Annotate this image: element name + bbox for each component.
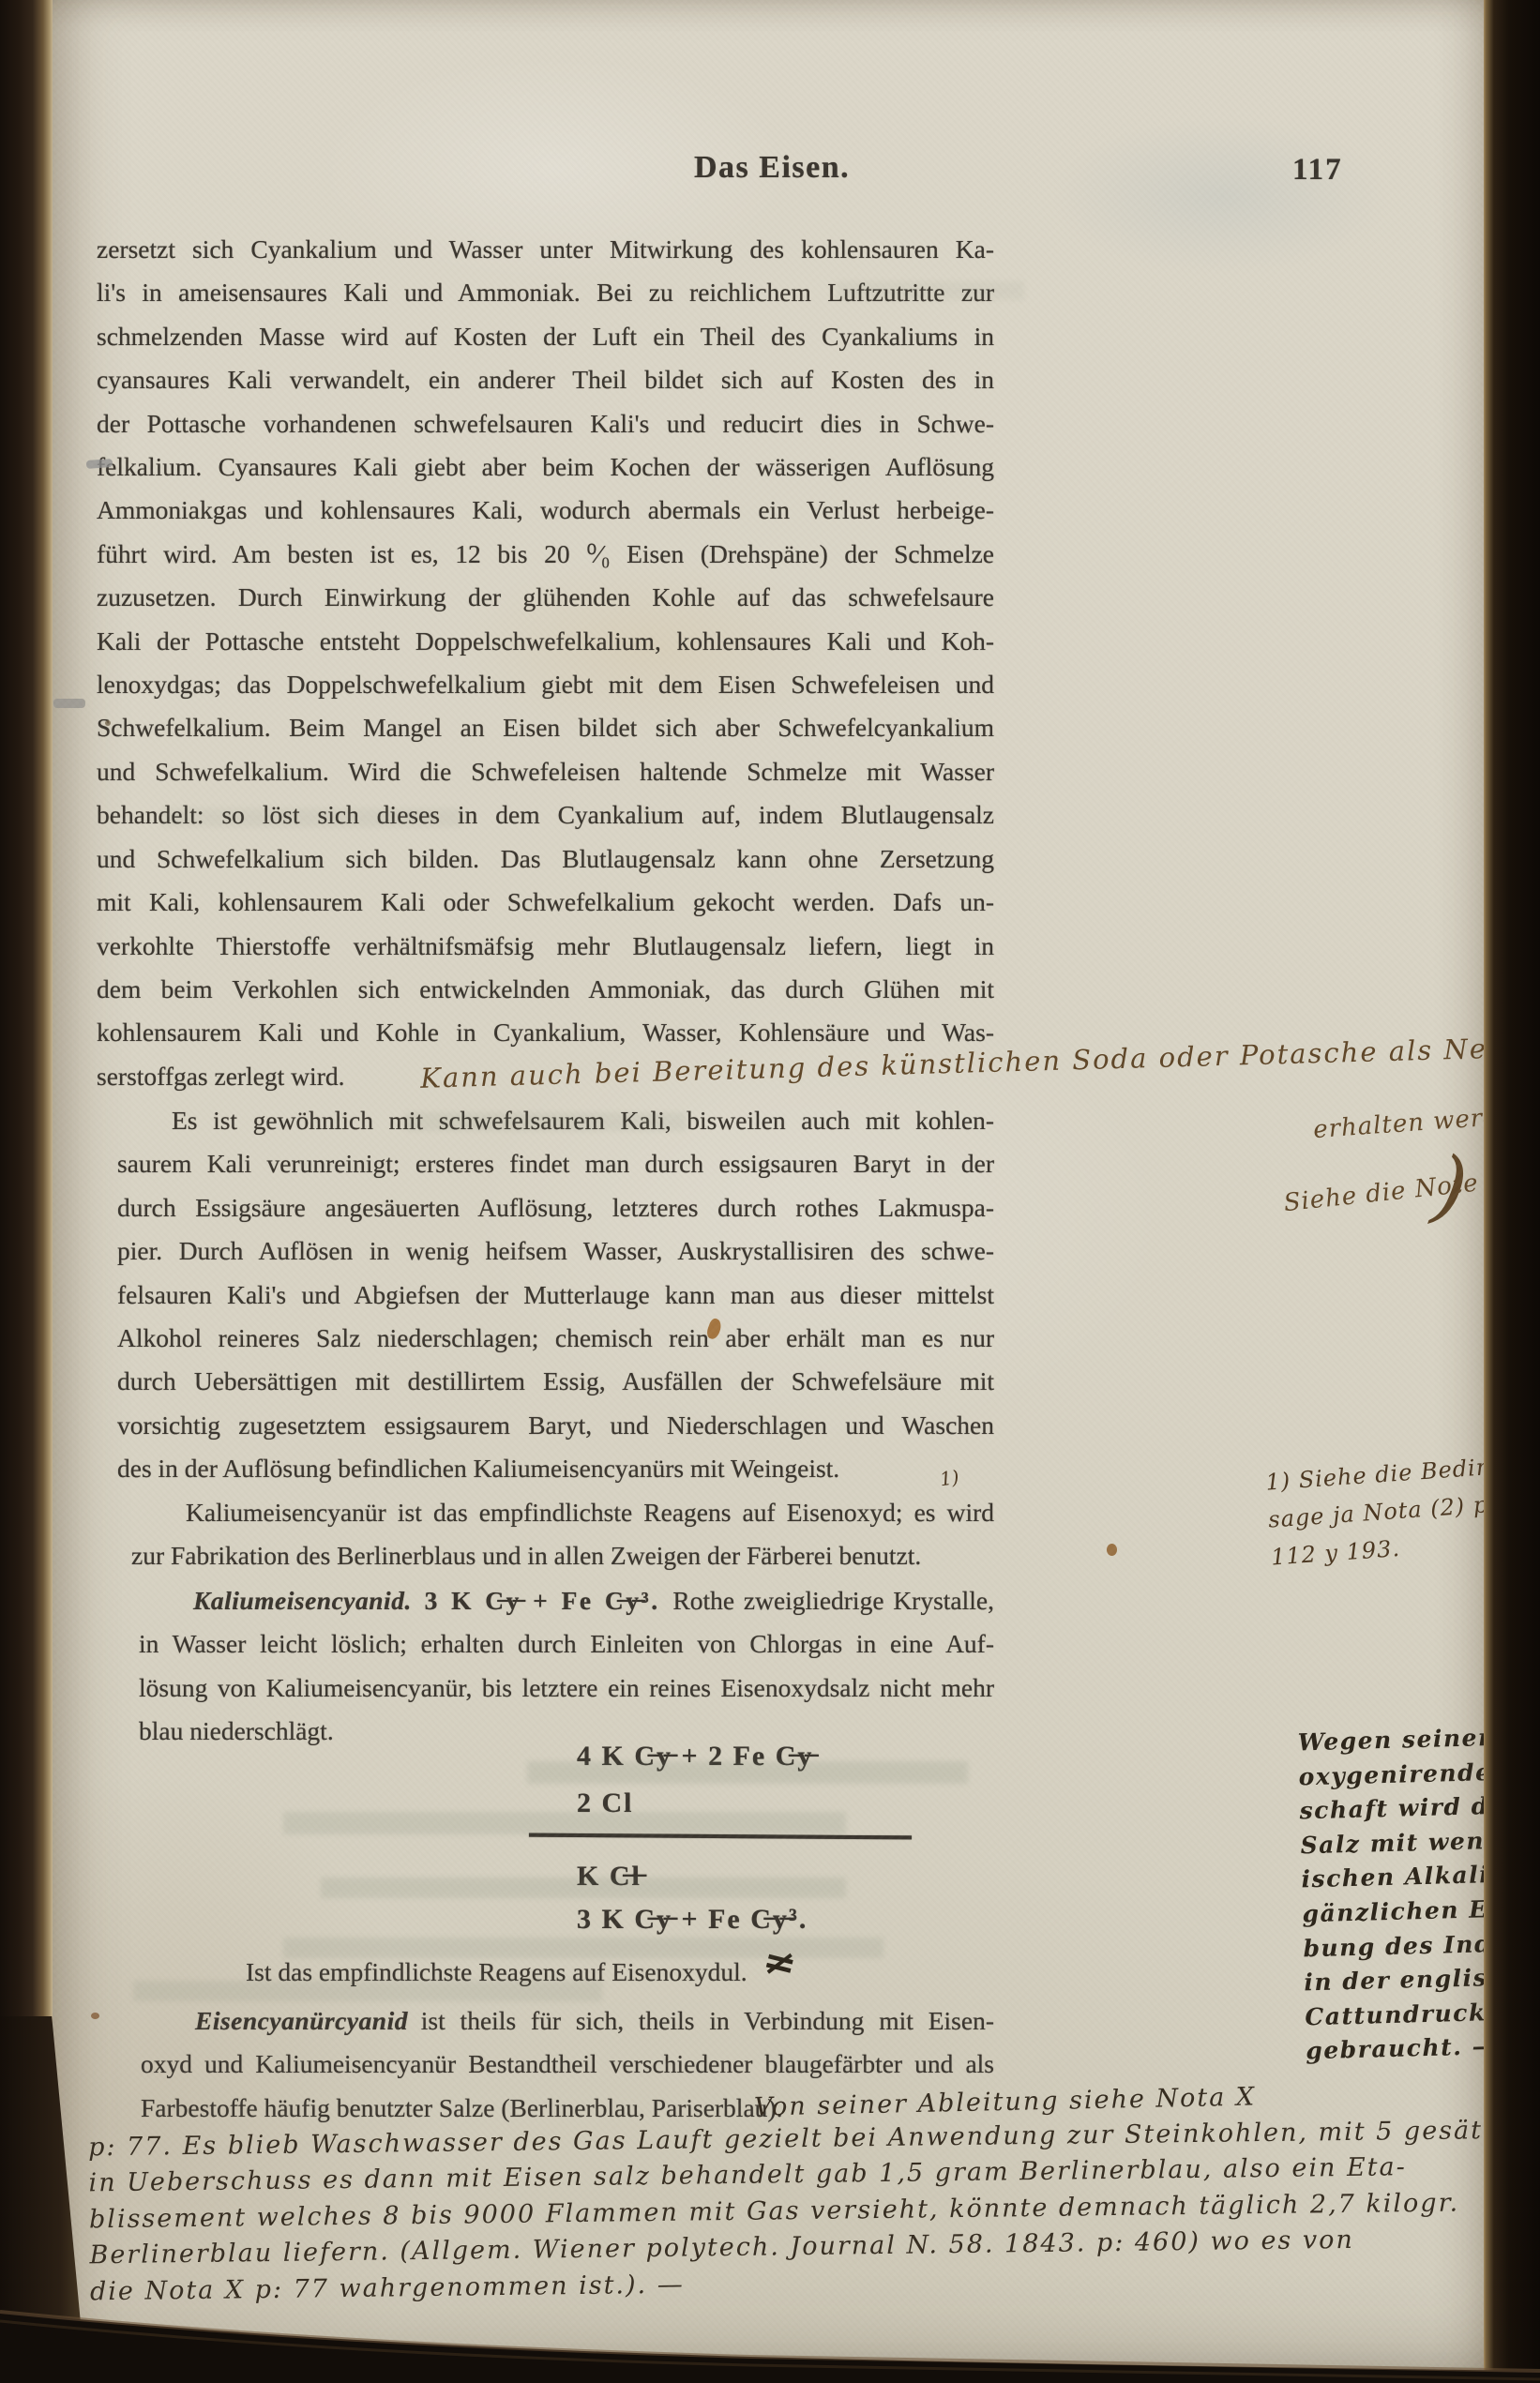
text-line: dem beim Verkohlen sich entwickelnden Am… [97, 968, 994, 1011]
text-line: durch Uebersättigen mit destillirtem Ess… [117, 1360, 994, 1403]
text-line: mit Kali, kohlensaurem Kali oder Schwefe… [97, 881, 994, 924]
text-line: lenoxydgas; das Doppelschwefelkalium gie… [97, 663, 994, 706]
paragraph-3: Kaliumeisencyanür ist das empfindlichste… [131, 1491, 994, 1578]
text-line: behandelt: so löst sich dieses in dem Cy… [97, 793, 994, 837]
text-line: führt wird. Am besten ist es, 12 bis 20 … [97, 533, 994, 576]
species-name-kaliumeisencyanid: Kaliumeisencyanid. [193, 1586, 412, 1615]
text-line: vorsichtig zugesetztem essigsaurem Baryt… [117, 1404, 994, 1447]
text-line: pier. Durch Auflösen in wenig heifsem Wa… [117, 1229, 994, 1273]
text-line: li's in ameisensaures Kali und Ammoniak.… [97, 271, 994, 314]
species-name-eisencyanuercyanid: Eisencyanürcyanid [195, 2006, 408, 2035]
chem-equation-line: 2 Cl [577, 1787, 634, 1819]
text-line: serstoffgas zerlegt wird. [97, 1055, 994, 1098]
text-line: Ammoniakgas und kohlensaures Kali, wodur… [97, 489, 994, 532]
ink-speck [1107, 1544, 1117, 1556]
chem-equation-line: 4 K C̶y̶ + 2 Fe C̶y̶ [577, 1741, 813, 1772]
handwritten-note-line: blissement welches 8 bis 9000 Flammen mi… [89, 2184, 1524, 2238]
text-line: Schwefelkalium. Beim Mangel an Eisen bil… [97, 706, 994, 749]
handwritten-paren-flourish: ) [1427, 1139, 1473, 1236]
text-line: felsauren Kali's und Abgiefsen der Mutte… [117, 1274, 994, 1317]
text-line: Kaliumeisencyanür ist das empfindlichste… [131, 1491, 994, 1534]
text-line: und Schwefelkalium sich bilden. Das Blut… [97, 837, 994, 881]
text-line: zersetzt sich Cyankalium und Wasser unte… [97, 228, 994, 271]
bottom-shadow-curve [0, 2270, 1540, 2383]
chem-formula-inline: 3 K C̶y̶ + Fe C̶y̶³. [425, 1586, 660, 1615]
text-line: zuzusetzen. Durch Einwirkung der glühend… [97, 576, 994, 619]
chem-equation-line: K C̶l̶ [577, 1861, 642, 1893]
text-line: durch Essigsäure angesäuerten Auflösung,… [117, 1186, 994, 1229]
text-line: felkalium. Cyansaures Kali giebt aber be… [97, 445, 994, 489]
text-line: in Wasser leicht löslich; erhalten durch… [139, 1622, 994, 1666]
text-line: Alkohol reineres Salz niederschlagen; ch… [117, 1317, 994, 1360]
pencil-mark [53, 699, 85, 708]
text-line: lösung von Kaliumeisencyanür, bis letzte… [139, 1667, 994, 1710]
text-line: des in der Auflösung befindlichen Kalium… [117, 1447, 994, 1490]
text-line: saurem Kali verunreinigt; ersteres finde… [117, 1142, 994, 1185]
chem-equation-line: 3 K C̶y̶ + Fe C̶y̶³. [577, 1904, 808, 1936]
equation-rule [529, 1833, 912, 1840]
text-line: Farbestoffe häufig benutzter Salze (Berl… [141, 2087, 994, 2130]
text-line: verkohlte Thierstoffe verhältnifsmäfsig … [97, 925, 994, 968]
text-line: Es ist gewöhnlich mit schwefelsaurem Kal… [117, 1099, 994, 1142]
text-line: Eisencyanürcyanid ist theils für sich, t… [141, 1999, 994, 2043]
text-line: schmelzenden Masse wird auf Kosten der L… [97, 315, 994, 358]
paragraph-2: Es ist gewöhnlich mit schwefelsaurem Kal… [117, 1099, 994, 1491]
text-line: der Pottasche vorhandenen schwefelsauren… [97, 402, 994, 445]
scanned-book-page: Das Eisen. 117 zersetzt sich Cyankalium … [0, 0, 1540, 2383]
text-line: und Schwefelkalium. Wird die Schwefeleis… [97, 750, 994, 793]
reagens-line: Ist das empfindlichste Reagens auf Eisen… [246, 1951, 996, 1994]
book-edge-right [1484, 0, 1540, 2383]
text-line: Kaliumeisencyanid. 3 K C̶y̶ + Fe C̶y̶³. … [139, 1579, 994, 1622]
paragraph-4: Kaliumeisencyanid. 3 K C̶y̶ + Fe C̶y̶³. … [139, 1579, 994, 1754]
text-line: kohlensaurem Kali und Kohle in Cyankaliu… [97, 1011, 994, 1054]
text-fragment: Rothe zweigliedrige Krystalle, [672, 1586, 994, 1615]
handwritten-note-line: Berlinerblau liefern. (Allgem. Wiener po… [89, 2221, 1524, 2274]
text-line: blau niederschlägt. [139, 1710, 994, 1753]
page-number: 117 [1292, 153, 1343, 188]
paragraph-1: zersetzt sich Cyankalium und Wasser unte… [97, 228, 994, 1098]
text-line: cyansaures Kali verwandelt, ein anderer … [97, 358, 994, 401]
page-title: Das Eisen. [694, 150, 850, 186]
ink-speck [91, 2013, 99, 2019]
bleedthrough-ghost [283, 1812, 846, 1834]
handwritten-note-line: in Ueberschuss es dann mit Eisen salz be… [88, 2149, 1523, 2202]
paragraph-5: Eisencyanürcyanid ist theils für sich, t… [141, 1999, 994, 2130]
text-line: Kali der Pottasche entsteht Doppelschwef… [97, 620, 994, 663]
text-fragment: ist theils für sich, theils in Verbindun… [421, 2006, 994, 2035]
text-line: zur Fabrikation des Berlinerblaus und in… [131, 1534, 994, 1577]
text-line: oxyd und Kaliumeisencyanür Bestandtheil … [141, 2043, 994, 2086]
page-paper: Das Eisen. 117 zersetzt sich Cyankalium … [49, 0, 1484, 2383]
